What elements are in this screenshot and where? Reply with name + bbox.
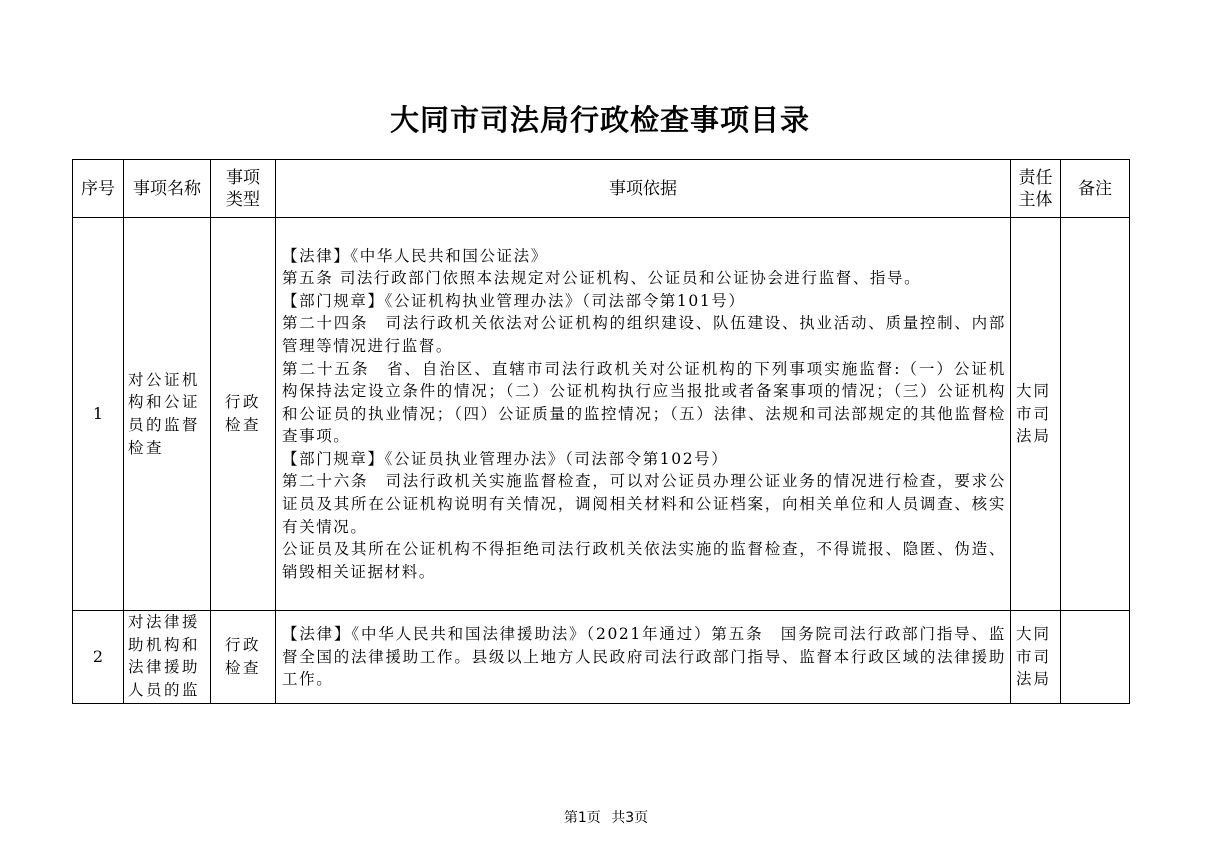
cell-name: 对公证机构和公证员的监督检查 [124, 218, 211, 611]
page-total: 共3页 [611, 810, 648, 826]
header-name: 事项名称 [124, 160, 211, 218]
header-type: 事项类型 [211, 160, 276, 218]
cell-type-label: 行政检查 [225, 636, 261, 677]
cell-type: 行政检查 [211, 218, 276, 611]
header-type-label: 事项类型 [226, 168, 260, 210]
cell-basis: 【法律】《中华人民共和国公证法》 第五条 司法行政部门依照本法规定对公证机构、公… [276, 218, 1011, 611]
page-footer: 第1页 共3页 [0, 807, 1212, 827]
cell-name: 对法律援助机构和法律援助人员的监督检查 [124, 611, 211, 704]
cell-remarks [1061, 611, 1130, 704]
header-no: 序号 [73, 160, 124, 218]
document-title: 大同市司法局行政检查事项目录 [0, 98, 1200, 139]
cell-name-text: 对法律援助机构和法律援助人员的监督检查 [128, 611, 207, 703]
basis-article: 第二十五条 省、自治区、直辖市司法行政机关对公证机构的下列事项实施监督:（一）公… [282, 358, 1006, 448]
inspection-catalog-table: 序号 事项名称 事项类型 事项依据 责任主体 备注 1 对公证机构和公证员的监督… [72, 159, 1130, 704]
basis-article: 第二十四条 司法行政机关依法对公证机构的组织建设、队伍建设、执业活动、质量控制、… [282, 312, 1006, 357]
basis-article: 第二十六条 司法行政机关实施监督检查，可以对公证员办理公证业务的情况进行检查，要… [282, 470, 1006, 538]
cell-remarks [1061, 218, 1130, 611]
cell-type-label: 行政检查 [225, 393, 261, 434]
header-remarks: 备注 [1061, 160, 1130, 218]
basis-law-article: 【法律】《中华人民共和国法律援助法》（2021年通过）第五条 国务院司法行政部门… [282, 623, 1006, 691]
table-header-row: 序号 事项名称 事项类型 事项依据 责任主体 备注 [73, 160, 1130, 218]
basis-article: 第五条 司法行政部门依照本法规定对公证机构、公证员和公证协会进行监督、指导。 [282, 267, 1006, 290]
cell-basis: 【法律】《中华人民共和国法律援助法》（2021年通过）第五条 国务院司法行政部门… [276, 611, 1011, 704]
cell-responsible: 大同市司法局 [1011, 611, 1061, 704]
table-row: 1 对公证机构和公证员的监督检查 行政检查 【法律】《中华人民共和国公证法》 第… [73, 218, 1130, 611]
cell-type: 行政检查 [211, 611, 276, 704]
header-responsible-label: 责任主体 [1019, 168, 1053, 210]
cell-no: 2 [73, 611, 124, 704]
table-row: 2 对法律援助机构和法律援助人员的监督检查 行政检查 【法律】《中华人民共和国法… [73, 611, 1130, 704]
basis-regulation-title: 【部门规章】《公证员执业管理办法》（司法部令第102号） [282, 448, 1006, 471]
page-current: 第1页 [564, 810, 601, 826]
cell-responsible: 大同市司法局 [1011, 218, 1061, 611]
cell-no: 1 [73, 218, 124, 611]
basis-regulation-title: 【部门规章】《公证机构执业管理办法》（司法部令第101号） [282, 290, 1006, 313]
basis-law-title: 【法律】《中华人民共和国公证法》 [282, 245, 1006, 268]
header-basis: 事项依据 [276, 160, 1011, 218]
header-responsible: 责任主体 [1011, 160, 1061, 218]
basis-article: 公证员及其所在公证机构不得拒绝司法行政机关依法实施的监督检查，不得谎报、隐匿、伪… [282, 538, 1006, 583]
